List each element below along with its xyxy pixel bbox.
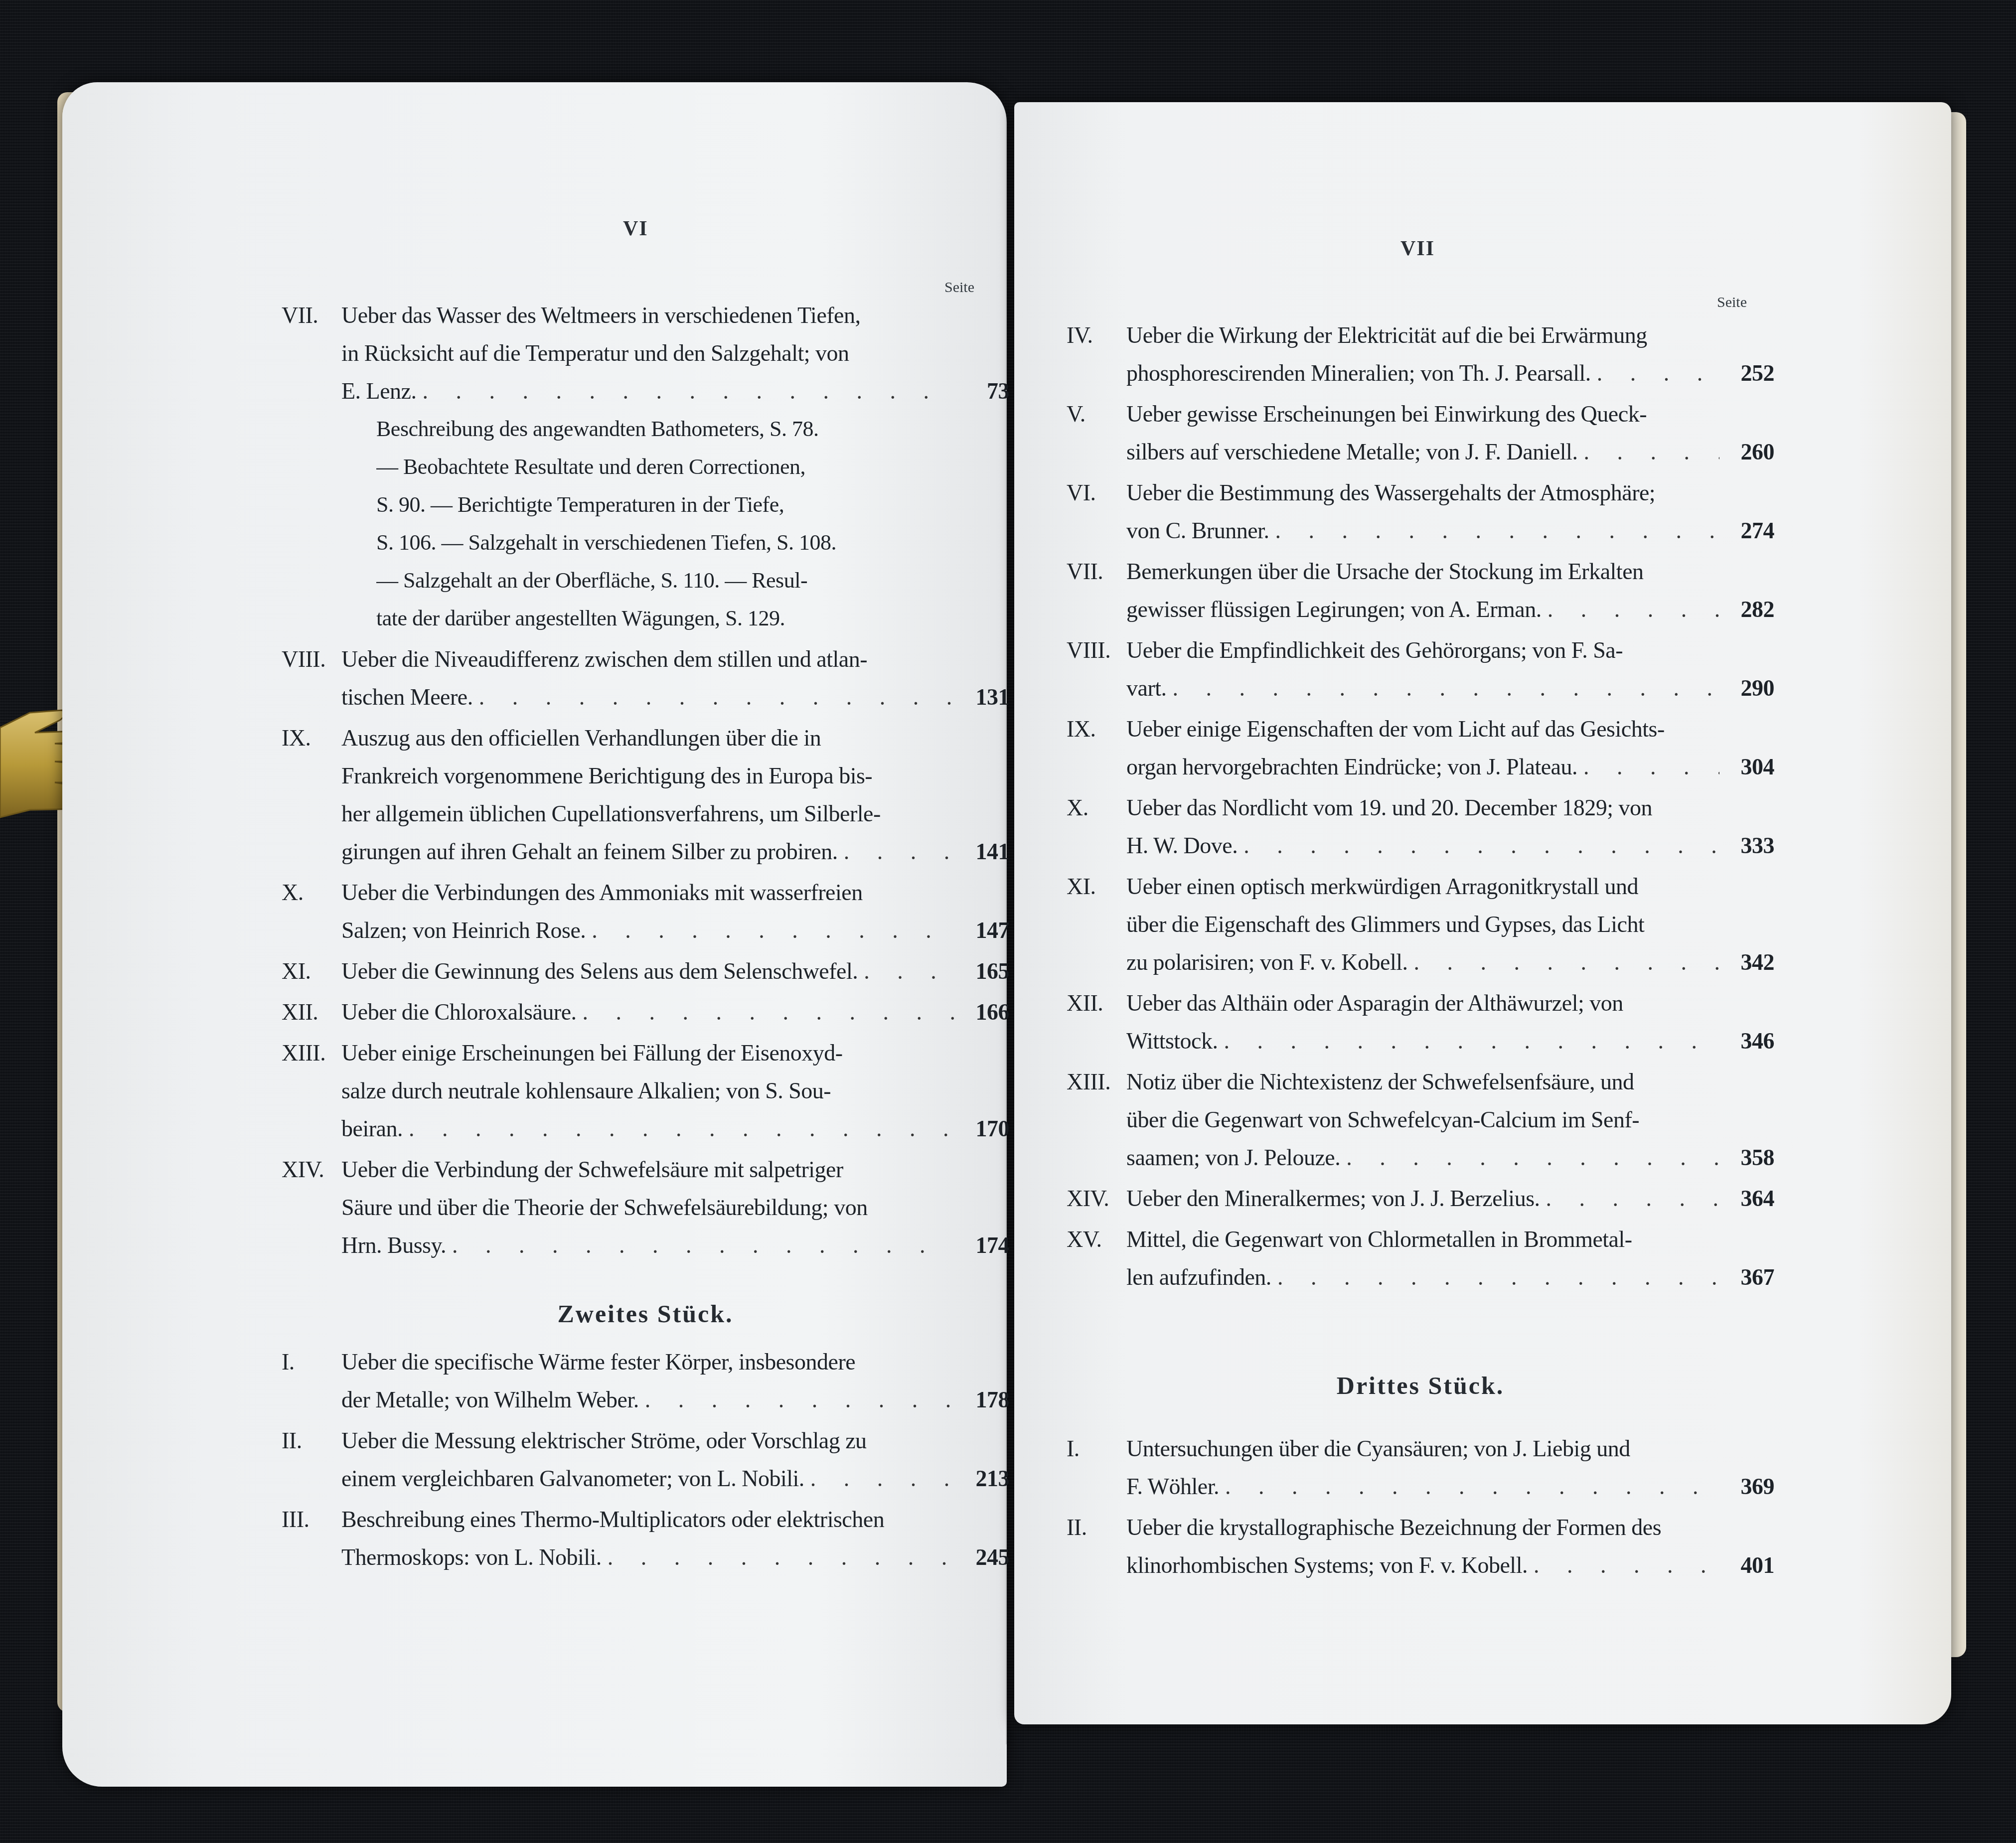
toc-line: XII.Ueber die Chloroxalsäure.. . . . . .… — [282, 993, 1009, 1031]
entry-text: Ueber gewisse Erscheinungen bei Einwirku… — [1126, 395, 1774, 433]
toc-entry: V.Ueber gewisse Erscheinungen bei Einwir… — [1067, 395, 1774, 471]
toc-entry: IV.Ueber die Wirkung der Elektricität au… — [1067, 316, 1774, 392]
toc-line: len aufzufinden.. . . . . . . . . . . . … — [1067, 1258, 1774, 1296]
entry-number: II. — [282, 1422, 341, 1460]
toc-line: klinorhombischen Systems; von F. v. Kobe… — [1067, 1546, 1774, 1584]
section-heading-zweites-stueck: Zweites Stück. — [282, 1299, 1009, 1328]
page-number: 170 — [954, 1110, 1009, 1148]
entry-text: Frankreich vorgenommene Berichtigung des… — [341, 757, 1009, 795]
toc-entry: XIII.Ueber einige Erscheinungen bei Fäll… — [282, 1034, 1009, 1148]
toc-line: E. Lenz.. . . . . . . . . . . . . . . . … — [282, 372, 1009, 410]
entry-text: Ueber die Wirkung der Elektricität auf d… — [1126, 316, 1774, 354]
leader-dots: . . . . . . . . . . . . . . . . . . . . … — [577, 993, 954, 1031]
entry-text: Säure und über die Theorie der Schwefels… — [341, 1189, 1009, 1227]
leader-dots: . . . . . . . . . . . . . . . . . . . . … — [1269, 512, 1719, 550]
toc-line: VIII.Ueber die Niveaudifferenz zwischen … — [282, 640, 1009, 678]
toc-line: XV.Mittel, die Gegenwart von Chlormetall… — [1067, 1221, 1774, 1258]
leader-dots: . . . . . . . . . . . . . . . . . . . . … — [639, 1381, 954, 1419]
page-number: 178 — [954, 1381, 1009, 1419]
toc-entry: X.Ueber das Nordlicht vom 19. und 20. De… — [1067, 789, 1774, 865]
right-page: VII Seite IV.Ueber die Wirkung der Elekt… — [1014, 102, 1951, 1724]
toc-entry: XI.Ueber die Gewinnung des Selens aus de… — [282, 952, 1009, 990]
entry-text: organ hervorgebrachten Eindrücke; von J.… — [1126, 748, 1577, 786]
leader-dots: . . . . . . . . . . . . . . . . . . . . … — [838, 833, 954, 871]
toc-entry: I.Untersuchungen über die Cyansäuren; vo… — [1067, 1430, 1774, 1506]
entry-text: E. Lenz. — [341, 372, 417, 410]
entry-text: von C. Brunner. — [1126, 512, 1269, 550]
leader-dots: . . . . . . . . . . . . . . . . . . . . … — [602, 1538, 954, 1576]
left-page: VI Seite VII.Ueber das Wasser des Weltme… — [62, 82, 1007, 1787]
entry-text: salze durch neutrale kohlensaure Alkalie… — [341, 1072, 1009, 1110]
toc-subline: — Salzgehalt an der Oberfläche, S. 110. … — [282, 562, 1009, 600]
entry-text: Ueber den Mineralkermes; von J. J. Berze… — [1126, 1180, 1540, 1218]
entry-text: der Metalle; von Wilhelm Weber. — [341, 1381, 639, 1419]
toc-line: girungen auf ihren Gehalt an feinem Silb… — [282, 833, 1009, 871]
page-number: 401 — [1719, 1546, 1774, 1584]
entry-text: über die Eigenschaft des Glimmers und Gy… — [1126, 906, 1774, 943]
toc-line: III.Beschreibung eines Thermo-Multiplica… — [282, 1501, 1009, 1538]
entry-number: XIV. — [1067, 1180, 1126, 1218]
toc-line: her allgemein üblichen Cupellationsverfa… — [282, 795, 1009, 833]
toc-entry: VIII.Ueber die Niveaudifferenz zwischen … — [282, 640, 1009, 716]
subentry-text: — Salzgehalt an der Oberfläche, S. 110. … — [376, 562, 1009, 600]
toc-line: IX.Ueber einige Eigenschaften der vom Li… — [1067, 710, 1774, 748]
toc-line: V.Ueber gewisse Erscheinungen bei Einwir… — [1067, 395, 1774, 433]
leader-dots: . . . . . . . . . . . . . . . . . . . . … — [1577, 748, 1719, 786]
leader-dots: . . . . . . . . . . . . . . . . . . . . … — [1540, 1180, 1719, 1218]
entry-text: zu polarisiren; von F. v. Kobell. — [1126, 943, 1408, 981]
toc-line: X.Ueber die Verbindungen des Ammoniaks m… — [282, 874, 1009, 912]
toc-line: II.Ueber die Messung elektrischer Ströme… — [282, 1422, 1009, 1460]
toc-entry: XIII.Notiz über die Nichtexistenz der Sc… — [1067, 1063, 1774, 1177]
entry-text: Ueber die specifische Wärme fester Körpe… — [341, 1343, 1009, 1381]
toc-entry: VII.Ueber das Wasser des Weltmeers in ve… — [282, 297, 1009, 637]
toc-line: XI.Ueber die Gewinnung des Selens aus de… — [282, 952, 1009, 990]
page-number: 260 — [1719, 433, 1774, 471]
toc-line: VII.Bemerkungen über die Ursache der Sto… — [1067, 553, 1774, 591]
entry-text: Ueber die krystallographische Bezeichnun… — [1126, 1509, 1774, 1546]
toc-subline: tate der darüber angestellten Wägungen, … — [282, 600, 1009, 637]
toc-line: in Rücksicht auf die Temperatur und den … — [282, 334, 1009, 372]
subentry-text: S. 90. — Berichtigte Temperaturen in der… — [376, 486, 1009, 524]
toc-line: gewisser flüssigen Legirungen; von A. Er… — [1067, 591, 1774, 628]
page-number: 131 — [954, 678, 1009, 716]
toc-line: IV.Ueber die Wirkung der Elektricität au… — [1067, 316, 1774, 354]
toc-line: phosphorescirenden Mineralien; von Th. J… — [1067, 354, 1774, 392]
toc-line: II.Ueber die krystallographische Bezeich… — [1067, 1509, 1774, 1546]
seite-label: Seite — [1717, 294, 1747, 311]
leader-dots: . . . . . . . . . . . . . . . . . . . . … — [1219, 1468, 1719, 1506]
entry-text: tischen Meere. — [341, 678, 473, 716]
toc-entry: IX.Auszug aus den officiellen Verhandlun… — [282, 719, 1009, 871]
entry-text: in Rücksicht auf die Temperatur und den … — [341, 334, 1009, 372]
entry-number: II. — [1067, 1509, 1126, 1546]
leader-dots: . . . . . . . . . . . . . . . . . . . . … — [473, 678, 954, 716]
entry-text: Ueber die Bestimmung des Wassergehalts d… — [1126, 474, 1774, 512]
toc-line: einem vergleichbaren Galvanometer; von L… — [282, 1460, 1009, 1498]
toc-line: Hrn. Bussy.. . . . . . . . . . . . . . .… — [282, 1227, 1009, 1264]
toc-line: H. W. Dove.. . . . . . . . . . . . . . .… — [1067, 827, 1774, 865]
entry-number: VIII. — [1067, 631, 1126, 669]
toc-line: I.Untersuchungen über die Cyansäuren; vo… — [1067, 1430, 1774, 1468]
entry-text: Auszug aus den officiellen Verhandlungen… — [341, 719, 1009, 757]
entry-text: girungen auf ihren Gehalt an feinem Silb… — [341, 833, 838, 871]
toc-line: von C. Brunner.. . . . . . . . . . . . .… — [1067, 512, 1774, 550]
entry-text: her allgemein üblichen Cupellationsverfa… — [341, 795, 1009, 833]
page-number: 274 — [1719, 512, 1774, 550]
entry-text: Ueber die Verbindungen des Ammoniaks mit… — [341, 874, 1009, 912]
section-heading-drittes-stueck: Drittes Stück. — [1067, 1371, 1774, 1400]
entry-text: vart. — [1126, 669, 1167, 707]
entry-text: Mittel, die Gegenwart von Chlormetallen … — [1126, 1221, 1774, 1258]
entry-text: Ueber die Verbindung der Schwefelsäure m… — [341, 1151, 1009, 1189]
toc-line: VI.Ueber die Bestimmung des Wassergehalt… — [1067, 474, 1774, 512]
toc-line: Salzen; von Heinrich Rose.. . . . . . . … — [282, 912, 1009, 949]
entry-text: Ueber das Wasser des Weltmeers in versch… — [341, 297, 1009, 334]
entry-text: Bemerkungen über die Ursache der Stockun… — [1126, 553, 1774, 591]
toc-line: Säure und über die Theorie der Schwefels… — [282, 1189, 1009, 1227]
entry-text: Ueber einen optisch merkwürdigen Arragon… — [1126, 868, 1774, 906]
leader-dots: . . . . . . . . . . . . . . . . . . . . … — [804, 1460, 954, 1498]
entry-text: Thermoskops: von L. Nobili. — [341, 1538, 602, 1576]
entry-number: I. — [1067, 1430, 1126, 1468]
entry-number: VI. — [1067, 474, 1126, 512]
toc-line: XI.Ueber einen optisch merkwürdigen Arra… — [1067, 868, 1774, 906]
entry-number: XIII. — [282, 1034, 341, 1072]
toc-subline: — Beobachtete Resultate und deren Correc… — [282, 448, 1009, 486]
leader-dots: . . . . . . . . . . . . . . . . . . . . … — [586, 912, 954, 949]
toc-entry: XIV.Ueber die Verbindung der Schwefelsäu… — [282, 1151, 1009, 1264]
entry-number: VII. — [1067, 553, 1126, 591]
toc-line: XIV.Ueber die Verbindung der Schwefelsäu… — [282, 1151, 1009, 1189]
entry-number: XII. — [282, 993, 341, 1031]
page-number: 252 — [1719, 354, 1774, 392]
toc-line: der Metalle; von Wilhelm Weber.. . . . .… — [282, 1381, 1009, 1419]
entry-text: silbers auf verschiedene Metalle; von J.… — [1126, 433, 1577, 471]
entry-text: phosphorescirenden Mineralien; von Th. J… — [1126, 354, 1591, 392]
page-number: 369 — [1719, 1468, 1774, 1506]
entry-number: IX. — [1067, 710, 1126, 748]
toc-entry: VIII.Ueber die Empfindlichkeit des Gehör… — [1067, 631, 1774, 707]
toc-line: über die Eigenschaft des Glimmers und Gy… — [1067, 906, 1774, 943]
entry-number: VIII. — [282, 640, 341, 678]
leader-dots: . . . . . . . . . . . . . . . . . . . . … — [446, 1227, 954, 1264]
subentry-text: tate der darüber angestellten Wägungen, … — [376, 600, 1009, 637]
toc-entry: II.Ueber die Messung elektrischer Ströme… — [282, 1422, 1009, 1498]
leader-dots: . . . . . . . . . . . . . . . . . . . . … — [1340, 1139, 1719, 1177]
subentry-text: — Beobachtete Resultate und deren Correc… — [376, 448, 1009, 486]
leader-dots: . . . . . . . . . . . . . . . . . . . . … — [1167, 669, 1719, 707]
entry-text: F. Wöhler. — [1126, 1468, 1219, 1506]
page-number: 174 — [954, 1227, 1009, 1264]
page-number: 290 — [1719, 669, 1774, 707]
entry-text: H. W. Dove. — [1126, 827, 1238, 865]
leader-dots: . . . . . . . . . . . . . . . . . . . . … — [858, 952, 954, 990]
toc-line: silbers auf verschiedene Metalle; von J.… — [1067, 433, 1774, 471]
toc-entry: XV.Mittel, die Gegenwart von Chlormetall… — [1067, 1221, 1774, 1296]
toc-line: Frankreich vorgenommene Berichtigung des… — [282, 757, 1009, 795]
toc-line: IX.Auszug aus den officiellen Verhandlun… — [282, 719, 1009, 757]
entry-number: III. — [282, 1501, 341, 1538]
toc-entry: XII.Ueber die Chloroxalsäure.. . . . . .… — [282, 993, 1009, 1031]
toc-entry: XII.Ueber das Althäin oder Asparagin der… — [1067, 984, 1774, 1060]
toc-entry: II.Ueber die krystallographische Bezeich… — [1067, 1509, 1774, 1584]
leader-dots: . . . . . . . . . . . . . . . . . . . . … — [1271, 1258, 1719, 1296]
toc-entry: III.Beschreibung eines Thermo-Multiplica… — [282, 1501, 1009, 1576]
leader-dots: . . . . . . . . . . . . . . . . . . . . … — [1591, 354, 1719, 392]
toc-line: XIII.Ueber einige Erscheinungen bei Fäll… — [282, 1034, 1009, 1072]
toc-line: vart.. . . . . . . . . . . . . . . . . .… — [1067, 669, 1774, 707]
entry-text: Salzen; von Heinrich Rose. — [341, 912, 586, 949]
entry-text: Ueber die Niveaudifferenz zwischen dem s… — [341, 640, 1009, 678]
toc-line: Thermoskops: von L. Nobili.. . . . . . .… — [282, 1538, 1009, 1576]
entry-text: Ueber einige Erscheinungen bei Fällung d… — [341, 1034, 1009, 1072]
entry-number: V. — [1067, 395, 1126, 433]
entry-text: Ueber die Gewinnung des Selens aus dem S… — [341, 952, 858, 990]
leader-dots: . . . . . . . . . . . . . . . . . . . . … — [403, 1110, 954, 1148]
toc-line: XII.Ueber das Althäin oder Asparagin der… — [1067, 984, 1774, 1022]
toc-line: X.Ueber das Nordlicht vom 19. und 20. De… — [1067, 789, 1774, 827]
entry-number: XIV. — [282, 1151, 341, 1189]
entry-number: XV. — [1067, 1221, 1126, 1258]
page-folio: VI — [623, 217, 648, 241]
toc-subline: S. 90. — Berichtigte Temperaturen in der… — [282, 486, 1009, 524]
entry-text: Hrn. Bussy. — [341, 1227, 446, 1264]
page-number: 364 — [1719, 1180, 1774, 1218]
toc-line: I.Ueber die specifische Wärme fester Kör… — [282, 1343, 1009, 1381]
leader-dots: . . . . . . . . . . . . . . . . . . . . … — [417, 372, 954, 410]
toc-entry: X.Ueber die Verbindungen des Ammoniaks m… — [282, 874, 1009, 949]
toc-line: F. Wöhler.. . . . . . . . . . . . . . . … — [1067, 1468, 1774, 1506]
entry-text: Ueber einige Eigenschaften der vom Licht… — [1126, 710, 1774, 748]
entry-text: einem vergleichbaren Galvanometer; von L… — [341, 1460, 804, 1498]
entry-text: Ueber die Chloroxalsäure. — [341, 993, 577, 1031]
entry-number: IX. — [282, 719, 341, 757]
page-number: 333 — [1719, 827, 1774, 865]
entry-text: beiran. — [341, 1110, 403, 1148]
entry-text: Beschreibung eines Thermo-Multiplicators… — [341, 1501, 1009, 1538]
toc-subline: Beschreibung des angewandten Bathometers… — [282, 410, 1009, 448]
entry-text: klinorhombischen Systems; von F. v. Kobe… — [1126, 1546, 1528, 1584]
page-number: 245 — [954, 1538, 1009, 1576]
toc-entry: VI.Ueber die Bestimmung des Wassergehalt… — [1067, 474, 1774, 550]
page-folio: VII — [1400, 237, 1435, 261]
toc-line: XIII.Notiz über die Nichtexistenz der Sc… — [1067, 1063, 1774, 1101]
toc-entry: VII.Bemerkungen über die Ursache der Sto… — [1067, 553, 1774, 628]
toc-line: beiran.. . . . . . . . . . . . . . . . .… — [282, 1110, 1009, 1148]
entry-text: Ueber das Nordlicht vom 19. und 20. Dece… — [1126, 789, 1774, 827]
page-number: 358 — [1719, 1139, 1774, 1177]
entry-text: saamen; von J. Pelouze. — [1126, 1139, 1340, 1177]
toc-line: XIV.Ueber den Mineralkermes; von J. J. B… — [1067, 1180, 1774, 1218]
entry-text: Notiz über die Nichtexistenz der Schwefe… — [1126, 1063, 1774, 1101]
toc-line: saamen; von J. Pelouze.. . . . . . . . .… — [1067, 1139, 1774, 1177]
toc-line: über die Gegenwart von Schwefelcyan-Calc… — [1067, 1101, 1774, 1139]
leader-dots: . . . . . . . . . . . . . . . . . . . . … — [1238, 827, 1719, 865]
toc-line: VIII.Ueber die Empfindlichkeit des Gehör… — [1067, 631, 1774, 669]
entry-number: X. — [282, 874, 341, 912]
entry-text: Untersuchungen über die Cyansäuren; von … — [1126, 1430, 1774, 1468]
entry-number: IV. — [1067, 316, 1126, 354]
leader-dots: . . . . . . . . . . . . . . . . . . . . … — [1542, 591, 1719, 628]
toc-entry: XIV.Ueber den Mineralkermes; von J. J. B… — [1067, 1180, 1774, 1218]
leader-dots: . . . . . . . . . . . . . . . . . . . . … — [1408, 943, 1719, 981]
entry-number: XI. — [282, 952, 341, 990]
toc-line: organ hervorgebrachten Eindrücke; von J.… — [1067, 748, 1774, 786]
page-number: 282 — [1719, 591, 1774, 628]
table-of-contents-left: VII.Ueber das Wasser des Weltmeers in ve… — [282, 297, 1009, 1579]
toc-line: zu polarisiren; von F. v. Kobell.. . . .… — [1067, 943, 1774, 981]
page-number: 73 — [954, 372, 1009, 410]
entry-number: VII. — [282, 297, 341, 334]
page-number: 213 — [954, 1460, 1009, 1498]
toc-line: VII.Ueber das Wasser des Weltmeers in ve… — [282, 297, 1009, 334]
page-number: 147 — [954, 912, 1009, 949]
entry-number: X. — [1067, 789, 1126, 827]
entry-text: Wittstock. — [1126, 1022, 1218, 1060]
page-number: 342 — [1719, 943, 1774, 981]
entry-number: XIII. — [1067, 1063, 1126, 1101]
toc-line: tischen Meere.. . . . . . . . . . . . . … — [282, 678, 1009, 716]
page-number: 166 — [954, 993, 1009, 1031]
subentry-text: Beschreibung des angewandten Bathometers… — [376, 410, 1009, 448]
page-number: 346 — [1719, 1022, 1774, 1060]
subentry-text: S. 106. — Salzgehalt in verschiedenen Ti… — [376, 524, 1009, 562]
page-number: 304 — [1719, 748, 1774, 786]
table-of-contents-right: IV.Ueber die Wirkung der Elektricität au… — [1067, 316, 1774, 1587]
page-number: 367 — [1719, 1258, 1774, 1296]
entry-text: über die Gegenwart von Schwefelcyan-Calc… — [1126, 1101, 1774, 1139]
entry-text: Ueber das Althäin oder Asparagin der Alt… — [1126, 984, 1774, 1022]
leader-dots: . . . . . . . . . . . . . . . . . . . . … — [1528, 1546, 1719, 1584]
toc-entry: IX.Ueber einige Eigenschaften der vom Li… — [1067, 710, 1774, 786]
page-number: 165 — [954, 952, 1009, 990]
toc-line: salze durch neutrale kohlensaure Alkalie… — [282, 1072, 1009, 1110]
entry-text: gewisser flüssigen Legirungen; von A. Er… — [1126, 591, 1542, 628]
toc-line: Wittstock.. . . . . . . . . . . . . . . … — [1067, 1022, 1774, 1060]
leader-dots: . . . . . . . . . . . . . . . . . . . . … — [1218, 1022, 1719, 1060]
entry-number: XI. — [1067, 868, 1126, 906]
leader-dots: . . . . . . . . . . . . . . . . . . . . … — [1577, 433, 1719, 471]
toc-subline: S. 106. — Salzgehalt in verschiedenen Ti… — [282, 524, 1009, 562]
seite-label: Seite — [944, 279, 974, 296]
entry-text: Ueber die Empfindlichkeit des Gehörorgan… — [1126, 631, 1774, 669]
entry-number: XII. — [1067, 984, 1126, 1022]
entry-text: Ueber die Messung elektrischer Ströme, o… — [341, 1422, 1009, 1460]
toc-entry: XI.Ueber einen optisch merkwürdigen Arra… — [1067, 868, 1774, 981]
toc-entry: I.Ueber die specifische Wärme fester Kör… — [282, 1343, 1009, 1419]
page-number: 141 — [954, 833, 1009, 871]
entry-text: len aufzufinden. — [1126, 1258, 1271, 1296]
entry-number: I. — [282, 1343, 341, 1381]
